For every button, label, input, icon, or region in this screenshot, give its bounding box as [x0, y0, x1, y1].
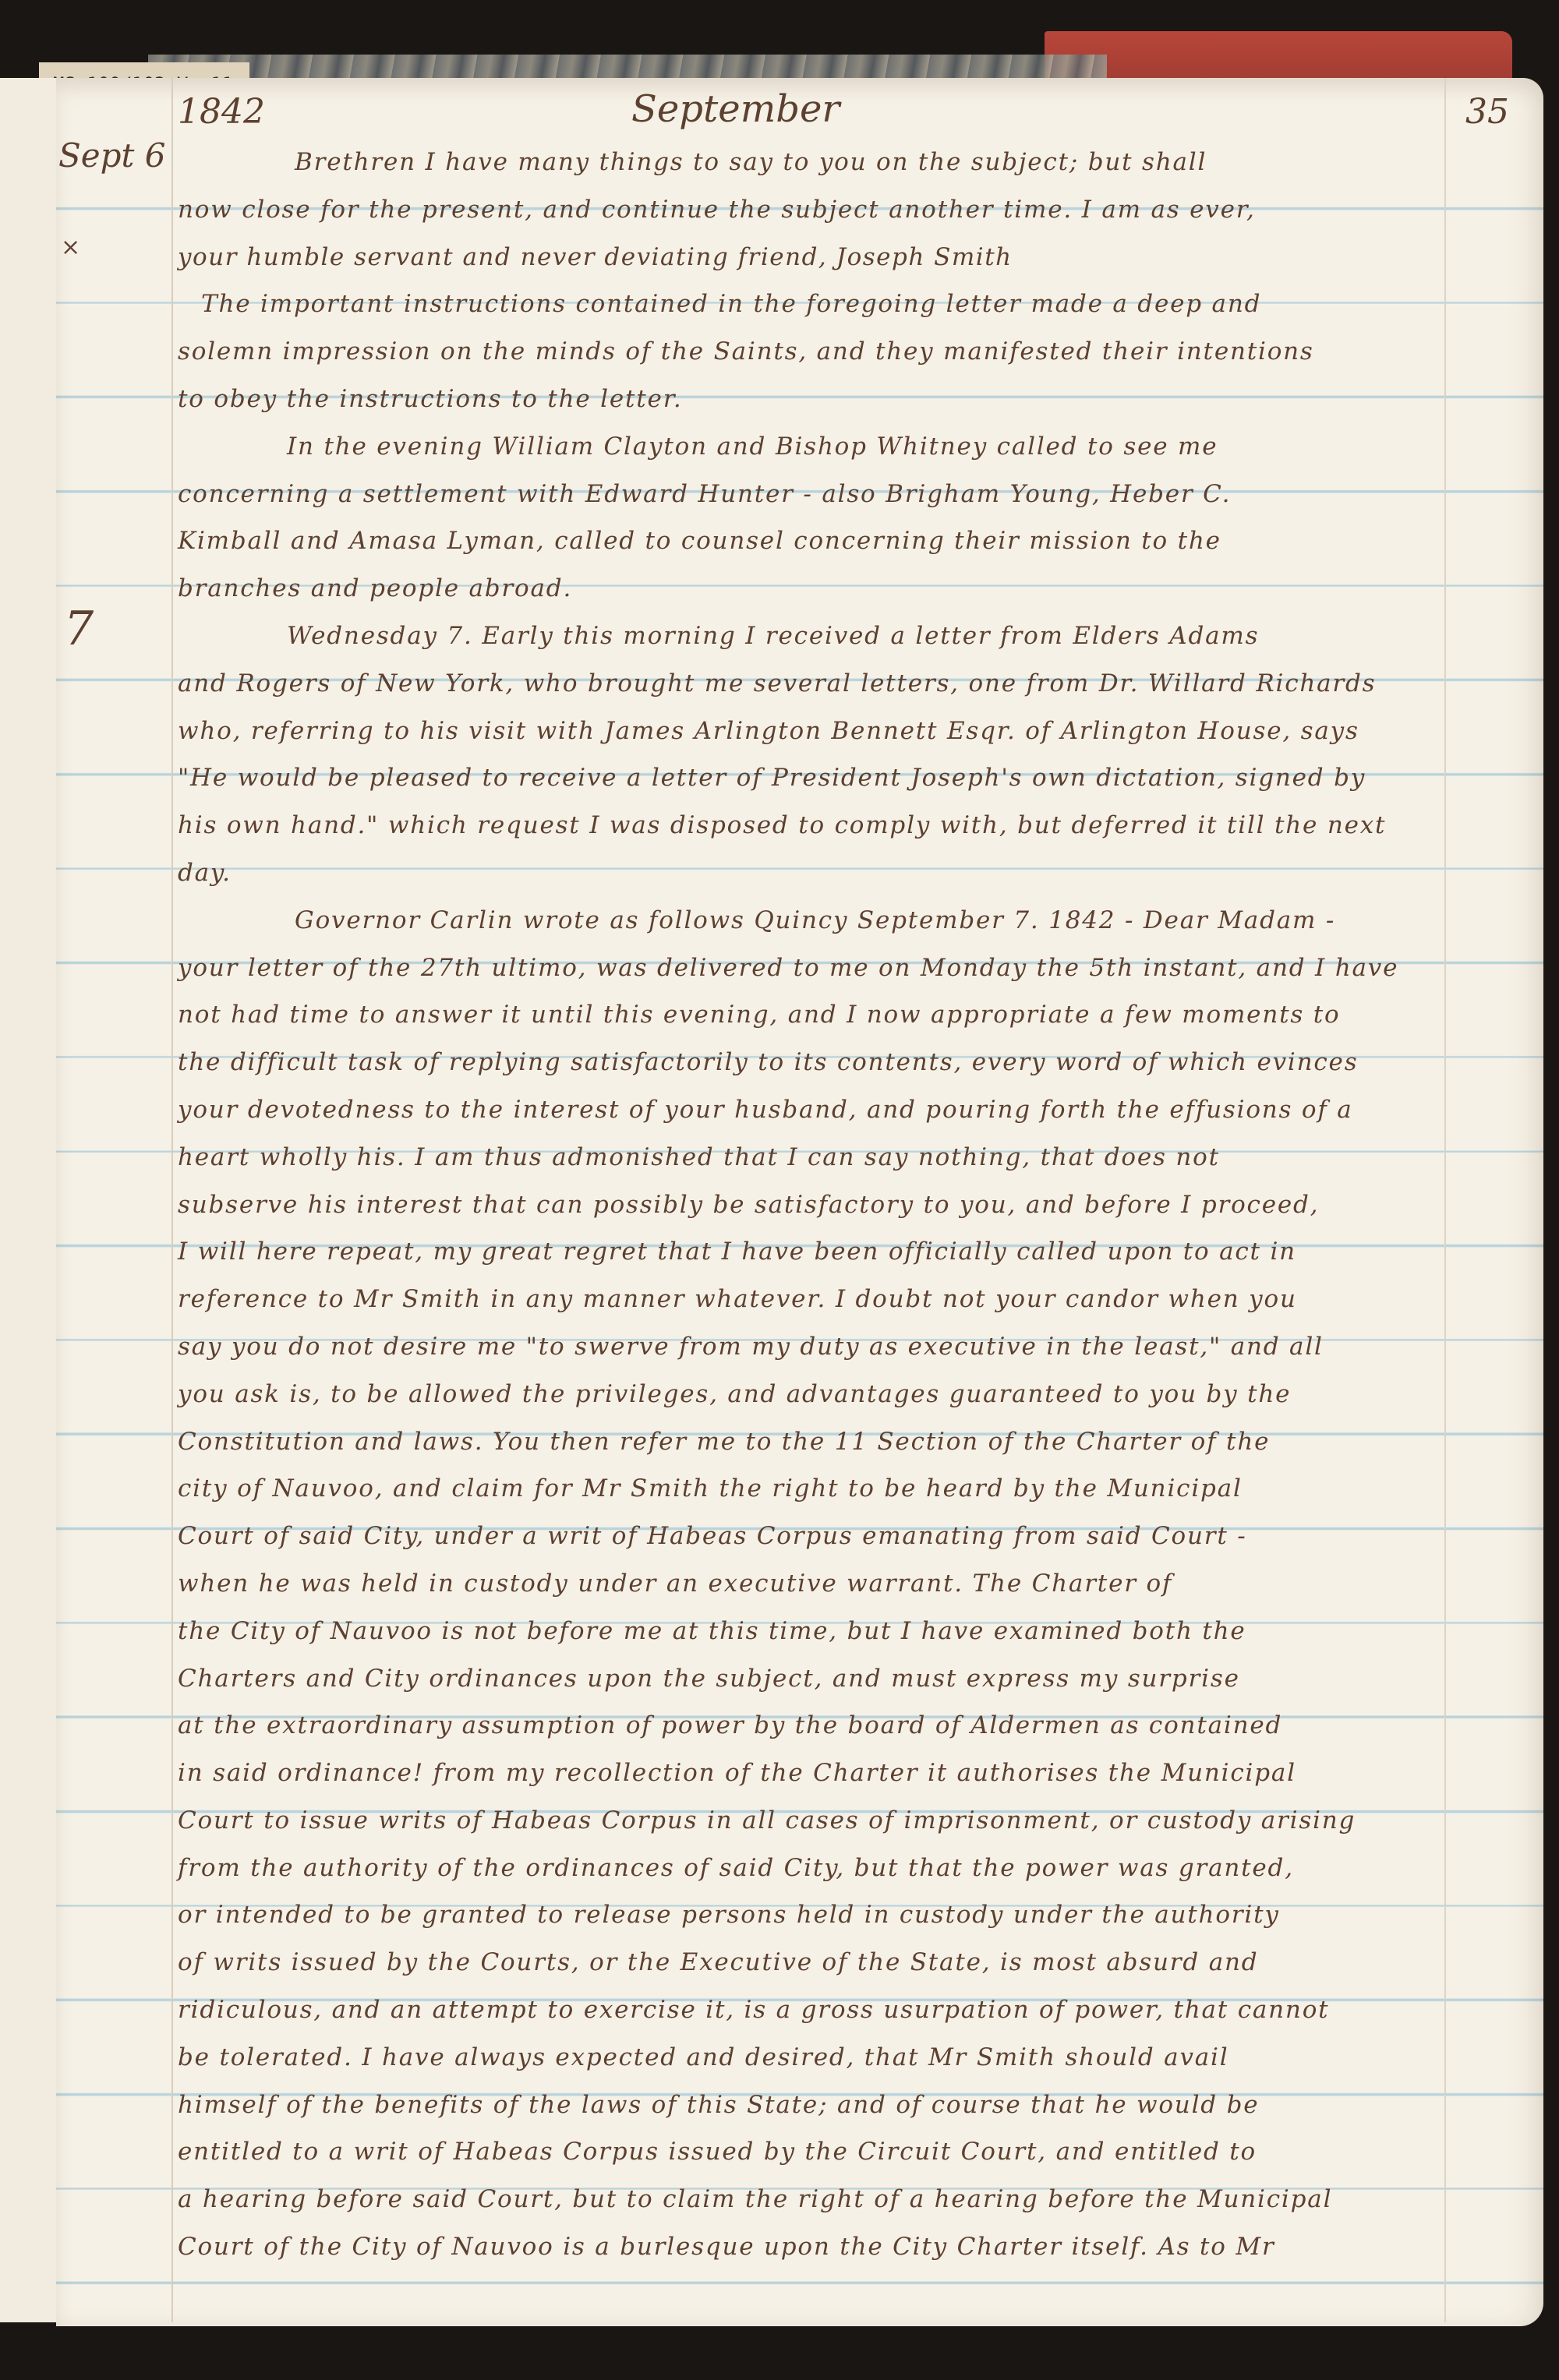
text-line: branches and people abroad. [178, 565, 1456, 613]
text-line: at the extraordinary assumption of power… [178, 1702, 1456, 1750]
text-line: from the authority of the ordinances of … [178, 1845, 1456, 1892]
text-line: to obey the instructions to the letter. [178, 376, 1456, 423]
text-line: the City of Nauvoo is not before me at t… [178, 1608, 1456, 1655]
text-line: himself of the benefits of the laws of t… [178, 2082, 1456, 2129]
text-line: in said ordinance! from my recollection … [178, 1750, 1456, 1797]
text-line: be tolerated. I have always expected and… [178, 2034, 1456, 2082]
text-line: heart wholly his. I am thus admonished t… [178, 1134, 1456, 1181]
text-line: and Rogers of New York, who brought me s… [178, 660, 1456, 708]
text-line: Kimball and Amasa Lyman, called to couns… [178, 517, 1456, 565]
margin-cross-mark: × [61, 234, 80, 261]
text-line: a hearing before said Court, but to clai… [178, 2176, 1456, 2223]
text-line: Constitution and laws. You then refer me… [178, 1418, 1456, 1466]
text-line: now close for the present, and continue … [178, 186, 1456, 234]
text-line: your letter of the 27th ultimo, was deli… [178, 945, 1456, 992]
text-line: reference to Mr Smith in any manner what… [178, 1276, 1456, 1323]
text-line: who, referring to his visit with James A… [178, 708, 1456, 755]
text-line: city of Nauvoo, and claim for Mr Smith t… [178, 1465, 1456, 1513]
text-line: Court to issue writs of Habeas Corpus in… [178, 1797, 1456, 1845]
text-line: ridiculous, and an attempt to exercise i… [178, 1986, 1456, 2034]
text-line: Court of the City of Nauvoo is a burlesq… [178, 2223, 1456, 2271]
text-line: I will here repeat, my great regret that… [178, 1228, 1456, 1276]
text-line: concerning a settlement with Edward Hunt… [178, 471, 1456, 518]
manuscript-text: Brethren I have many things to say to yo… [178, 139, 1456, 2271]
text-line: In the evening William Clayton and Bisho… [178, 423, 1456, 471]
left-page-edge [0, 78, 64, 2322]
text-line: Brethren I have many things to say to yo… [178, 139, 1456, 186]
text-line-signature: your humble servant and never deviating … [178, 234, 1456, 281]
text-line: or intended to be granted to release per… [178, 1891, 1456, 1939]
text-line: of writs issued by the Courts, or the Ex… [178, 1939, 1456, 1986]
text-line: subserve his interest that can possibly … [178, 1181, 1456, 1229]
margin-date-sept-6: Sept 6 [58, 136, 165, 175]
text-line: the difficult task of replying satisfact… [178, 1039, 1456, 1086]
left-margin-rule [171, 78, 173, 2322]
header-year: 1842 [178, 92, 265, 132]
text-line: not had time to answer it until this eve… [178, 991, 1456, 1039]
header-month: September [631, 87, 840, 131]
text-line: Charters and City ordinances upon the su… [178, 1655, 1456, 1703]
text-line: his own hand." which request I was dispo… [178, 802, 1456, 849]
text-line: Wednesday 7. Early this morning I receiv… [178, 613, 1456, 660]
text-line: Court of said City, under a writ of Habe… [178, 1513, 1456, 1560]
text-line: day. [178, 849, 1456, 897]
text-line: your devotedness to the interest of your… [178, 1086, 1456, 1134]
text-line: say you do not desire me "to swerve from… [178, 1323, 1456, 1371]
text-line: The important instructions contained in … [178, 281, 1456, 328]
text-line: Governor Carlin wrote as follows Quincy … [178, 897, 1456, 945]
text-line: when he was held in custody under an exe… [178, 1560, 1456, 1608]
text-line: "He would be pleased to receive a letter… [178, 754, 1456, 802]
text-line: you ask is, to be allowed the privileges… [178, 1371, 1456, 1418]
text-line: solemn impression on the minds of the Sa… [178, 328, 1456, 376]
page-number: 35 [1465, 92, 1509, 132]
margin-date-7: 7 [64, 602, 94, 656]
text-line: entitled to a writ of Habeas Corpus issu… [178, 2128, 1456, 2176]
